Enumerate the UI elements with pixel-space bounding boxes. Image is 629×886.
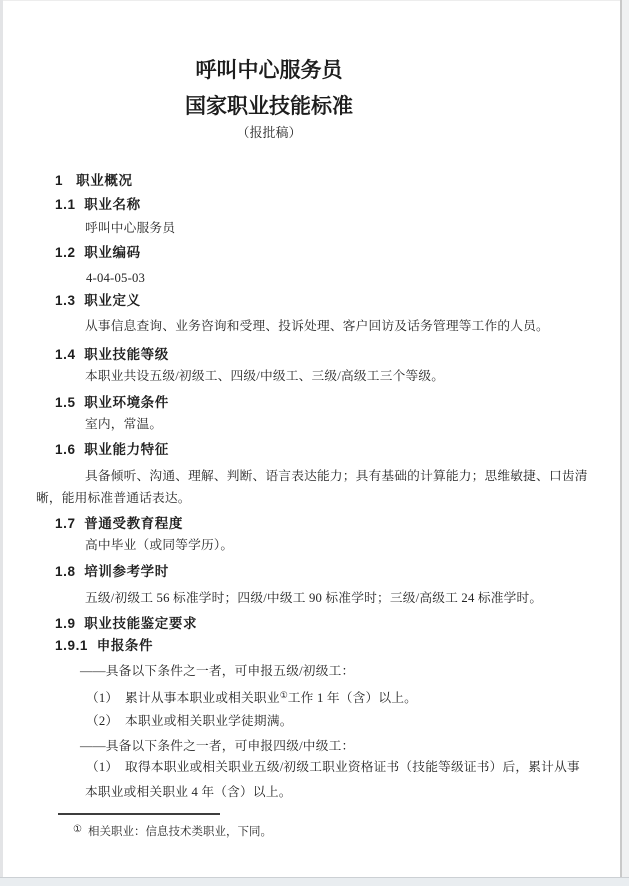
body-item-1-level5: （1） 累计从事本职业或相关职业①工作 1 年（含）以上。	[86, 688, 417, 706]
heading-1-9-1: 1.9.1 申报条件	[55, 638, 153, 653]
body-skill-levels: 本职业共设五级/初级工、四级/中级工、三级/高级工三个等级。	[85, 369, 444, 384]
heading-1-2: 1.2 职业编码	[55, 245, 141, 260]
body-environment: 室内，常温。	[85, 417, 162, 432]
item-text-post: 工作 1 年（含）以上。	[288, 691, 417, 705]
body-item-1-level4-line1: （1） 取得本职业或相关职业五级/初级工职业资格证书（技能等级证书）后，累计从事	[86, 760, 580, 775]
document-title-line1: 呼叫中心服务员	[3, 54, 535, 84]
document-title-line2: 国家职业技能标准	[3, 90, 535, 120]
page-right-edge-strip	[622, 0, 629, 877]
heading-1-1: 1.1 职业名称	[55, 197, 141, 212]
body-condition-level4: ——具备以下条件之一者，可申报四级/中级工：	[80, 739, 354, 754]
heading-1-3: 1.3 职业定义	[55, 293, 141, 308]
page-left-edge	[0, 0, 3, 877]
item-text-pre: （1） 累计从事本职业或相关职业	[86, 691, 280, 705]
body-education: 高中毕业（或同等学历）。	[85, 538, 233, 553]
body-item-2-level5: （2） 本职业或相关职业学徒期满。	[86, 714, 293, 729]
document-subtitle: （报批稿）	[3, 122, 535, 141]
heading-1-4: 1.4 职业技能等级	[55, 347, 169, 362]
document-page: 呼叫中心服务员 国家职业技能标准 （报批稿） 1 职业概况 1.1 职业名称 呼…	[3, 0, 621, 877]
heading-1-7: 1.7 普通受教育程度	[55, 516, 183, 531]
heading-1-5: 1.5 职业环境条件	[55, 395, 169, 410]
body-condition-level5: ——具备以下条件之一者，可申报五级/初级工：	[80, 664, 354, 679]
heading-1-6: 1.6 职业能力特征	[55, 442, 169, 457]
body-definition: 从事信息查询、业务咨询和受理、投诉处理、客户回访及话务管理等工作的人员。	[85, 319, 549, 334]
body-item-1-level4-line2: 本职业或相关职业 4 年（含）以上。	[85, 785, 292, 800]
footnote-separator-rule	[58, 813, 220, 815]
footnote-marker: ①	[73, 824, 82, 835]
body-training-hours: 五级/初级工 56 标准学时；四级/中级工 90 标准学时；三级/高级工 24 …	[85, 591, 542, 606]
page-bottom-edge-strip	[0, 878, 629, 886]
footnote: ①相关职业：信息技术类职业，下同。	[73, 823, 272, 839]
heading-1: 1 职业概况	[55, 173, 133, 188]
body-ability-line1: 具备倾听、沟通、理解、判断、语言表达能力；具有基础的计算能力；思维敏捷、口齿清	[85, 469, 588, 484]
body-occupation-name: 呼叫中心服务员	[85, 221, 175, 236]
body-occupation-code: 4-04-05-03	[86, 271, 145, 286]
heading-1-8: 1.8 培训参考学时	[55, 564, 169, 579]
body-ability-line2: 晰，能用标准普通话表达。	[36, 491, 191, 506]
footnote-text: 相关职业：信息技术类职业，下同。	[88, 826, 272, 838]
heading-1-9: 1.9 职业技能鉴定要求	[55, 616, 197, 631]
footnote-ref-mark: ①	[280, 690, 288, 700]
